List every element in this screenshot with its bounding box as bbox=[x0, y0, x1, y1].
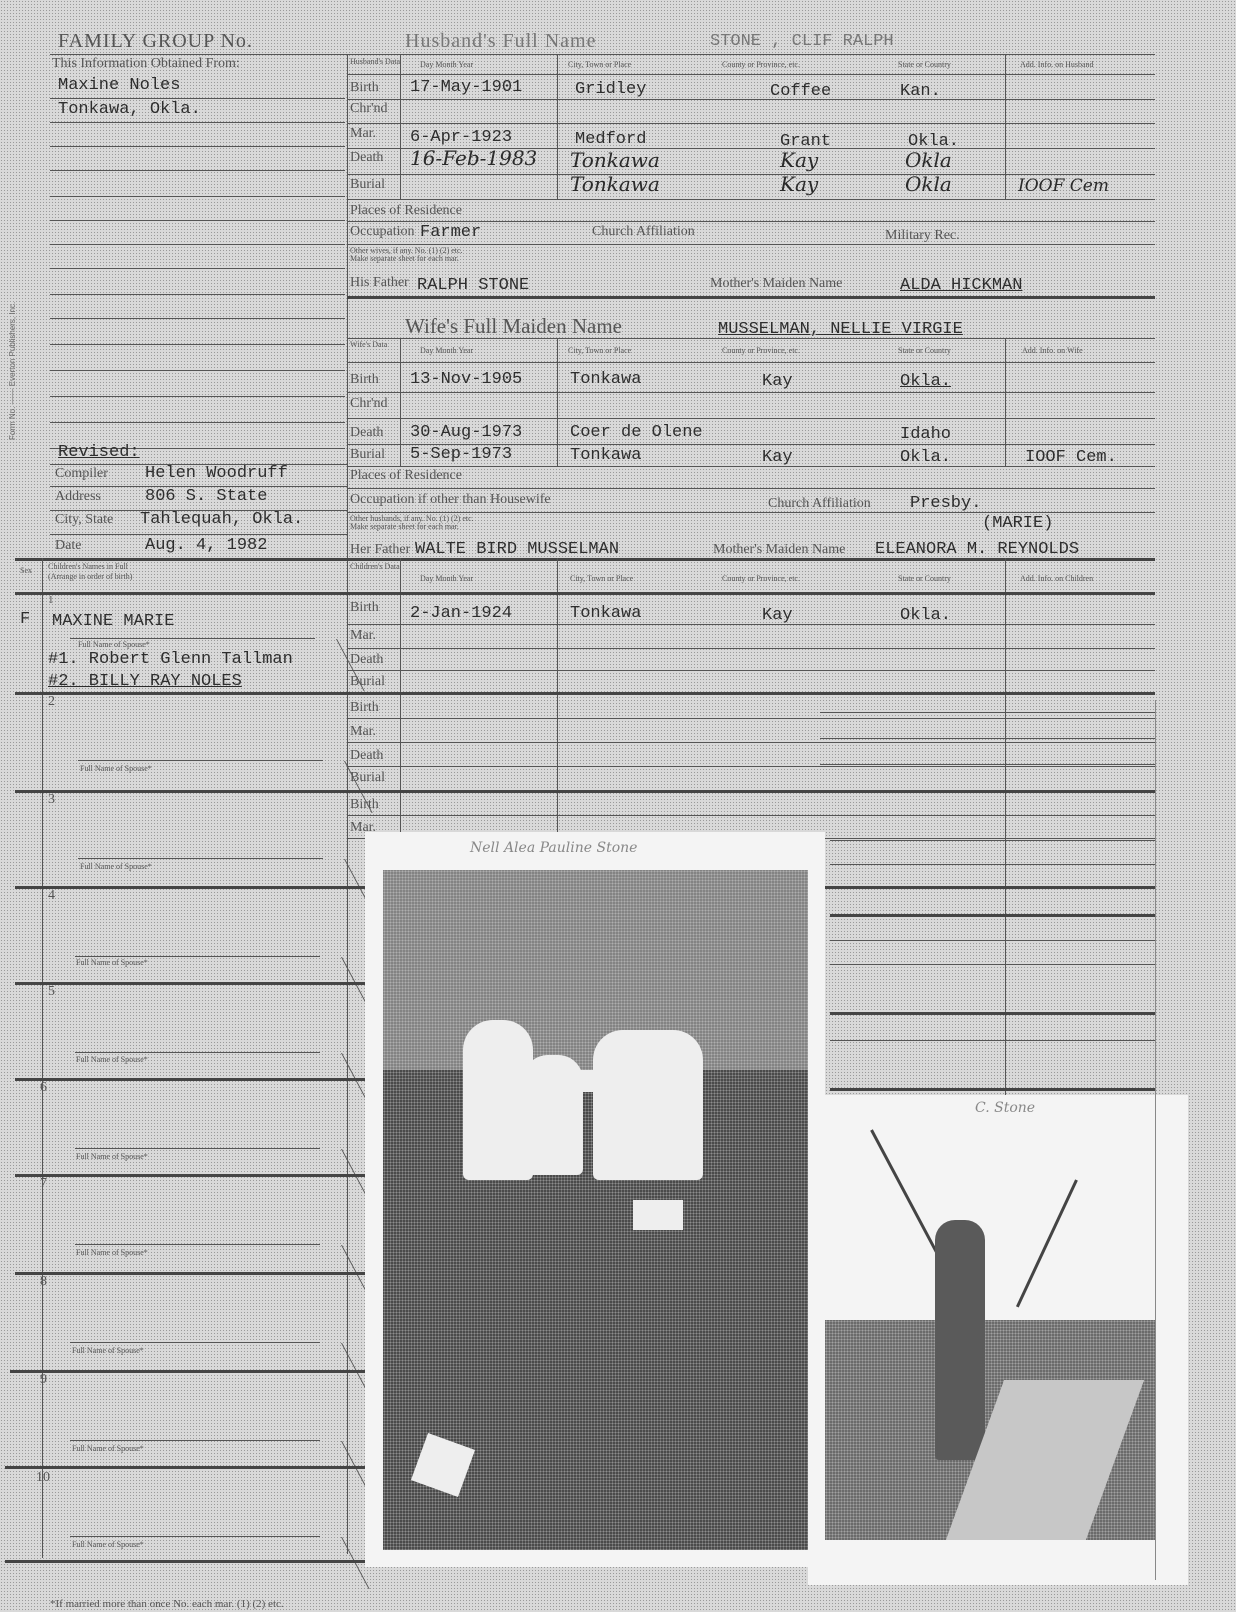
state-header: State or Country bbox=[898, 60, 951, 69]
wife-state-header: State or Country bbox=[898, 346, 951, 355]
info-obtained-line-2: Tonkawa, Okla. bbox=[58, 100, 201, 119]
wife-occupation-label: Occupation if other than Housewife bbox=[350, 492, 551, 508]
husband-burial-place: Tonkawa bbox=[570, 172, 660, 196]
wife-residence-label: Places of Residence bbox=[350, 468, 462, 484]
child-8-number: 8 bbox=[40, 1274, 47, 1290]
wife-death-label: Death bbox=[350, 425, 383, 441]
child-2-burial-label: Burial bbox=[350, 770, 385, 786]
wife-father-label: Her Father bbox=[350, 542, 410, 558]
husband-full-name-label: Husband's Full Name bbox=[405, 30, 596, 53]
child-2-number: 2 bbox=[48, 694, 55, 710]
compiler-name: Helen Woodruff bbox=[145, 464, 288, 483]
wife-death-state: Idaho bbox=[900, 425, 951, 444]
wife-data-header: Wife's Data bbox=[350, 340, 395, 349]
wife-burial-addl: IOOF Cem. bbox=[1025, 448, 1117, 467]
wife-birth-date: 13-Nov-1905 bbox=[410, 370, 522, 389]
wife-burial-county: Kay bbox=[762, 448, 793, 467]
husband-military-label: Military Rec. bbox=[885, 228, 960, 244]
husband-burial-state: Okla bbox=[905, 172, 952, 196]
child-1-spouse-label: Full Name of Spouse* bbox=[78, 640, 150, 649]
revised-label: Revised: bbox=[58, 443, 140, 462]
county-header: County or Province, etc. bbox=[722, 60, 800, 69]
child-1-spouse-2: #2. BILLY RAY NOLES bbox=[48, 672, 242, 691]
wife-death-date: 30-Aug-1973 bbox=[410, 423, 522, 442]
right-photo-man-on-bridge bbox=[825, 1120, 1155, 1540]
child-1-birth-place: Tonkawa bbox=[570, 604, 641, 623]
children-data-header: Children's Data bbox=[350, 562, 395, 571]
wife-burial-date: 5-Sep-1973 bbox=[410, 445, 512, 464]
children-names-header: Children's Names in Full bbox=[48, 562, 128, 571]
day-month-year-header: Day Month Year bbox=[420, 60, 473, 69]
husband-birth-place: Gridley bbox=[575, 80, 646, 99]
husband-full-name: STONE , CLIF RALPH bbox=[710, 32, 894, 51]
wife-burial-state: Okla. bbox=[900, 448, 951, 467]
child-9-number: 9 bbox=[40, 1372, 47, 1388]
children-county-header: County or Province, etc. bbox=[722, 574, 800, 583]
sex-header: Sex bbox=[20, 566, 32, 575]
husband-mar-date: 6-Apr-1923 bbox=[410, 128, 512, 147]
wife-church: Presby. bbox=[910, 494, 981, 513]
child-1-birth-state: Okla. bbox=[900, 606, 951, 625]
info-obtained-label: This Information Obtained From: bbox=[52, 56, 240, 72]
compiler-city-state: Tahlequah, Okla. bbox=[140, 510, 303, 529]
husband-chrnd-label: Chr'nd bbox=[350, 101, 388, 117]
children-addl-header: Add. Info. on Children bbox=[1020, 574, 1093, 583]
husband-death-place: Tonkawa bbox=[570, 148, 660, 172]
child-1-number: 1 bbox=[48, 594, 54, 606]
husband-death-date: 16-Feb-1983 bbox=[410, 146, 537, 170]
husband-mar-label: Mar. bbox=[350, 126, 376, 142]
husband-occupation-label: Occupation bbox=[350, 224, 415, 240]
children-names-subheader: (Arrange in order of birth) bbox=[48, 572, 132, 581]
left-photo-three-people bbox=[383, 870, 808, 1550]
wife-other-husbands-note: Make separate sheet for each mar. bbox=[350, 522, 459, 531]
left-photo-caption: Nell Alea Pauline Stone bbox=[470, 840, 637, 856]
wife-birth-state: Okla. bbox=[900, 372, 951, 391]
child-2-mar-label: Mar. bbox=[350, 724, 376, 740]
husband-data-header: Husband's Data bbox=[350, 57, 400, 66]
wife-note: (MARIE) bbox=[982, 514, 1053, 533]
margin-copyright-text: Form No. —— Everton Publishers, Inc. bbox=[8, 302, 17, 440]
date-label: Date bbox=[55, 538, 81, 554]
child-1-birth-date: 2-Jan-1924 bbox=[410, 604, 512, 623]
wife-burial-place: Tonkawa bbox=[570, 446, 641, 465]
wife-full-name: MUSSELMAN, NELLIE VIRGIE bbox=[718, 320, 963, 339]
wife-burial-label: Burial bbox=[350, 447, 385, 463]
wife-county-header: County or Province, etc. bbox=[722, 346, 800, 355]
husband-death-state: Okla bbox=[905, 148, 952, 172]
child-1-name: MAXINE MARIE bbox=[52, 612, 174, 631]
wife-addl-header: Add. Info. on Wife bbox=[1022, 346, 1083, 355]
husband-other-wives-note: Make separate sheet for each mar. bbox=[350, 254, 459, 263]
wife-dmy-header: Day Month Year bbox=[420, 346, 473, 355]
child-1-birth-label: Birth bbox=[350, 600, 379, 616]
child-6-number: 6 bbox=[40, 1080, 47, 1096]
husband-mar-place: Medford bbox=[575, 130, 646, 149]
husband-birth-label: Birth bbox=[350, 80, 379, 96]
child-1-spouse-1: #1. Robert Glenn Tallman bbox=[48, 650, 293, 669]
husband-father-label: His Father bbox=[350, 275, 409, 291]
footer-note: *If married more than once No. each mar.… bbox=[50, 1598, 284, 1610]
wife-birth-label: Birth bbox=[350, 372, 379, 388]
wife-father: WALTE BIRD MUSSELMAN bbox=[415, 540, 619, 559]
child-5-number: 5 bbox=[48, 984, 55, 1000]
wife-chrnd-label: Chr'nd bbox=[350, 396, 388, 412]
compiler-date: Aug. 4, 1982 bbox=[145, 536, 267, 555]
husband-residence-label: Places of Residence bbox=[350, 203, 462, 219]
child-3-number: 3 bbox=[48, 792, 55, 808]
wife-city-header: City, Town or Place bbox=[568, 346, 631, 355]
children-city-header: City, Town or Place bbox=[570, 574, 633, 583]
husband-burial-county: Kay bbox=[780, 172, 818, 196]
husband-father: RALPH STONE bbox=[417, 276, 529, 295]
address-label: Address bbox=[55, 489, 101, 505]
wife-mother-label: Mother's Maiden Name bbox=[713, 542, 845, 558]
wife-birth-county: Kay bbox=[762, 372, 793, 391]
husband-mother-label: Mother's Maiden Name bbox=[710, 276, 842, 292]
wife-death-place: Coer de Olene bbox=[570, 423, 703, 442]
compiler-label: Compiler bbox=[55, 466, 108, 482]
child-2-birth-label: Birth bbox=[350, 700, 379, 716]
child-1-mar-label: Mar. bbox=[350, 628, 376, 644]
addl-husband-header: Add. Info. on Husband bbox=[1020, 60, 1094, 69]
compiler-address: 806 S. State bbox=[145, 487, 267, 506]
husband-burial-addl: IOOF Cem bbox=[1018, 176, 1109, 196]
husband-church-label: Church Affiliation bbox=[592, 224, 695, 240]
child-7-number: 7 bbox=[40, 1176, 47, 1192]
husband-death-label: Death bbox=[350, 150, 383, 166]
wife-birth-place: Tonkawa bbox=[570, 370, 641, 389]
children-state-header: State or Country bbox=[898, 574, 951, 583]
right-photo-caption: C. Stone bbox=[975, 1100, 1035, 1116]
children-dmy-header: Day Month Year bbox=[420, 574, 473, 583]
husband-birth-date: 17-May-1901 bbox=[410, 78, 522, 97]
city-header: City, Town or Place bbox=[568, 60, 631, 69]
husband-occupation: Farmer bbox=[420, 223, 481, 242]
family-group-label: FAMILY GROUP No. bbox=[58, 30, 253, 53]
husband-burial-label: Burial bbox=[350, 177, 385, 193]
wife-mother: ELEANORA M. REYNOLDS bbox=[875, 540, 1079, 559]
child-3-birth-label: Birth bbox=[350, 797, 379, 813]
wife-full-name-label: Wife's Full Maiden Name bbox=[405, 314, 622, 339]
child-4-number: 4 bbox=[48, 888, 55, 904]
husband-mother: ALDA HICKMAN bbox=[900, 276, 1022, 295]
wife-church-label: Church Affiliation bbox=[768, 496, 871, 512]
husband-death-county: Kay bbox=[780, 148, 818, 172]
child-1-sex: F bbox=[20, 610, 30, 629]
child-1-birth-county: Kay bbox=[762, 606, 793, 625]
info-obtained-line-1: Maxine Noles bbox=[58, 76, 180, 95]
child-10-number: 10 bbox=[36, 1470, 50, 1486]
city-state-label: City, State bbox=[55, 512, 113, 528]
child-1-death-label: Death bbox=[350, 652, 383, 668]
child-2-death-label: Death bbox=[350, 748, 383, 764]
